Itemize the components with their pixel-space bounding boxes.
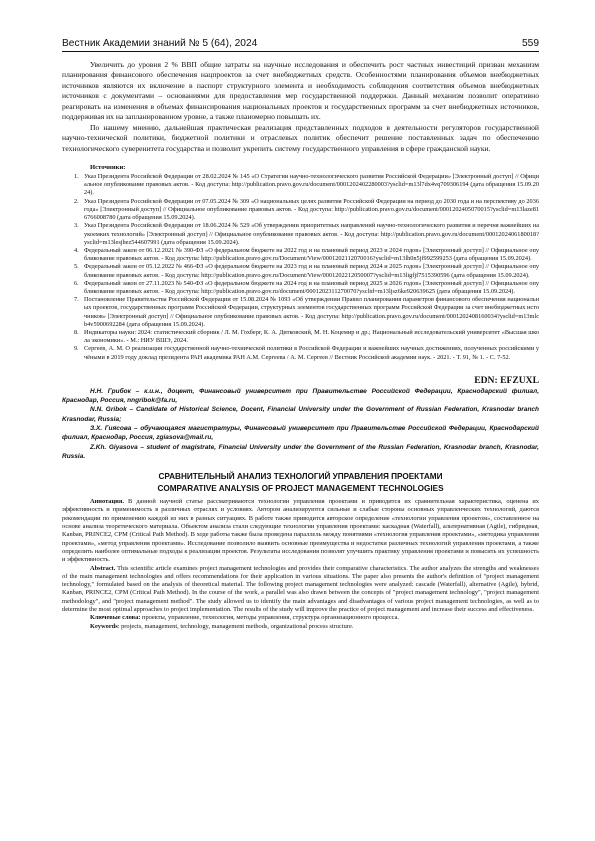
keywords-en-label: Keywords: [90, 623, 118, 630]
reference-text: Указ Президента Российской Федерации от …: [84, 198, 539, 223]
body-paragraph: По нашему мнению, дальнейшая практическа…: [62, 123, 539, 154]
reference-text: Сергеев, А. М. О реализации государствен…: [84, 345, 539, 361]
edn-code: EDN: EFZUXL: [62, 375, 539, 387]
reference-number: 2.: [62, 198, 84, 223]
reference-item: 4.Федеральный закон от 06.12.2021 № 390-…: [62, 247, 539, 263]
keywords-ru: Ключевые слова: проекты, управление, тех…: [62, 614, 539, 622]
author-info: N.N. Gribok – Candidate of Historical Sc…: [62, 405, 539, 424]
keywords-en: Keywords: projects, management, technolo…: [62, 623, 539, 631]
reference-number: 7.: [62, 296, 84, 329]
reference-text: Федеральный закон от 06.12.2021 № 390-ФЗ…: [84, 247, 539, 263]
reference-number: 9.: [62, 345, 84, 361]
article-title: СРАВНИТЕЛЬНЫЙ АНАЛИЗ ТЕХНОЛОГИЙ УПРАВЛЕН…: [62, 471, 539, 494]
reference-number: 6.: [62, 280, 84, 296]
article-title-ru: СРАВНИТЕЛЬНЫЙ АНАЛИЗ ТЕХНОЛОГИЙ УПРАВЛЕН…: [62, 471, 539, 483]
reference-number: 4.: [62, 247, 84, 263]
annotation-label: Аннотация.: [90, 498, 124, 505]
article-title-en: COMPARATIVE ANALYSIS OF PROJECT MANAGEME…: [62, 483, 539, 495]
author-info: З.Х. Гиясова – обучающаяся магистратуры,…: [62, 424, 539, 443]
reference-text: Указ Президента Российской Федерации от …: [84, 222, 539, 247]
running-header: Вестник Академии знаний № 5 (64), 2024 5…: [62, 38, 539, 52]
keywords-ru-text: проекты, управление, технология, методы …: [140, 614, 399, 621]
reference-number: 8.: [62, 329, 84, 345]
body-paragraph: Увеличить до уровня 2 % ВВП общие затрат…: [62, 60, 539, 123]
keywords-ru-label: Ключевые слова:: [90, 614, 140, 621]
reference-text: Федеральный закон от 27.11.2023 № 540-ФЗ…: [84, 280, 539, 296]
author-info: Н.Н. Грибок – к.и.н., доцент, Финансовый…: [62, 387, 539, 406]
author-info: Z.Kh. Giyasova – student of magistrate, …: [62, 443, 539, 462]
reference-text: Указ Президента Российской Федерации от …: [84, 173, 539, 198]
annotation: Аннотация. В данной научной статье рассм…: [62, 498, 539, 564]
reference-item: 6.Федеральный закон от 27.11.2023 № 540-…: [62, 280, 539, 296]
abstract: Abstract. This scientific article examin…: [62, 565, 539, 615]
reference-number: 5.: [62, 263, 84, 279]
reference-item: 9.Сергеев, А. М. О реализации государств…: [62, 345, 539, 361]
abstract-label: Abstract.: [90, 565, 115, 572]
reference-item: 8.Индикаторы науки: 2024: статистический…: [62, 329, 539, 345]
abstract-text: This scientific article examines project…: [62, 565, 539, 613]
reference-list: 1.Указ Президента Российской Федерации о…: [62, 173, 539, 362]
page-number: 559: [522, 38, 539, 50]
journal-title: Вестник Академии знаний № 5 (64), 2024: [62, 38, 257, 50]
reference-item: 3.Указ Президента Российской Федерации о…: [62, 222, 539, 247]
journal-page: Вестник Академии знаний № 5 (64), 2024 5…: [62, 38, 539, 631]
keywords-en-text: : projects, management, technology, mana…: [118, 623, 354, 630]
reference-text: Федеральный закон от 05.12.2022 № 466-ФЗ…: [84, 263, 539, 279]
annotation-text: В данной научной статье рассматриваются …: [62, 498, 539, 563]
reference-number: 1.: [62, 173, 84, 198]
reference-text: Индикаторы науки: 2024: статистический с…: [84, 329, 539, 345]
reference-item: 7.Постановление Правительства Российской…: [62, 296, 539, 329]
reference-item: 5.Федеральный закон от 05.12.2022 № 466-…: [62, 263, 539, 279]
reference-text: Постановление Правительства Российской Ф…: [84, 296, 539, 329]
sources-heading: Источники:: [90, 163, 539, 172]
reference-item: 2.Указ Президента Российской Федерации о…: [62, 198, 539, 223]
reference-item: 1.Указ Президента Российской Федерации о…: [62, 173, 539, 198]
reference-number: 3.: [62, 222, 84, 247]
